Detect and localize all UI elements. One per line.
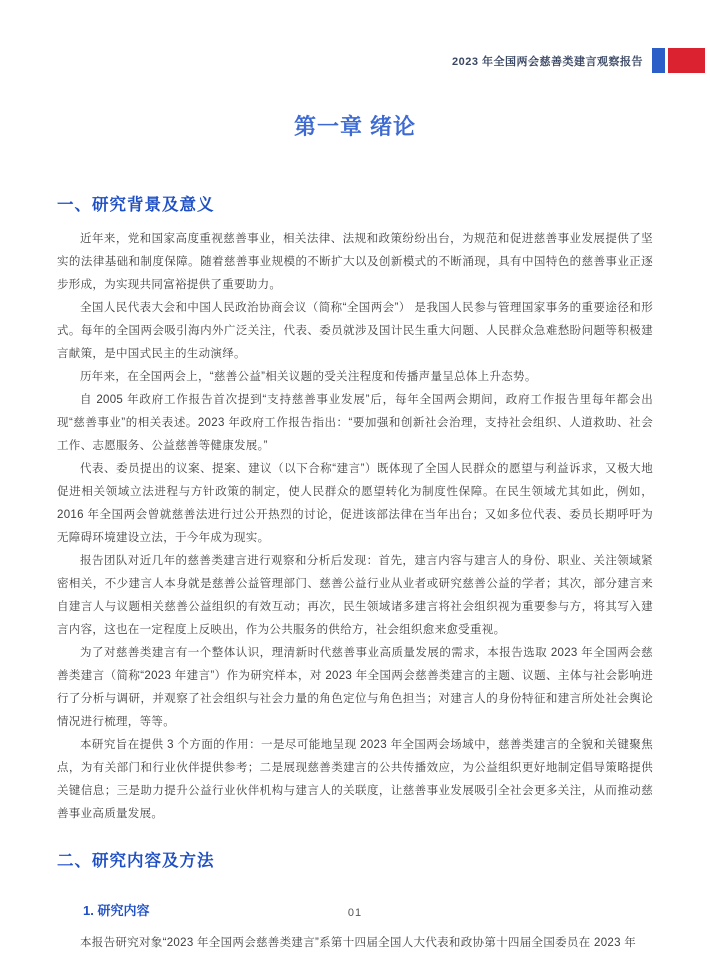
section-1-paragraph-8: 本研究旨在提供 3 个方面的作用：一是尽可能地呈现 2023 年全国两会场域中，… (57, 734, 653, 826)
section-2-heading: 二、研究内容及方法 (57, 847, 653, 871)
section-1-paragraph-5: 代表、委员提出的议案、提案、建议（以下合称“建言”）既体现了全国人民群众的愿望与… (57, 458, 653, 550)
section-research-background: 一、研究背景及意义 近年来，党和国家高度重视慈善事业，相关法律、法规和政策纷纷出… (57, 191, 653, 826)
report-page: 2023 年全国两会慈善类建言观察报告 第一章 绪论 一、研究背景及意义 近年来… (0, 0, 710, 955)
section-1-paragraph-4: 自 2005 年政府工作报告首次提到“支持慈善事业发展”后，每年全国两会期间，政… (57, 389, 653, 458)
page-header: 2023 年全国两会慈善类建言观察报告 (0, 48, 710, 73)
section-1-paragraph-1: 近年来，党和国家高度重视慈善事业，相关法律、法规和政策纷纷出台，为规范和促进慈善… (57, 228, 653, 297)
header-accent-red-block (668, 48, 705, 73)
header-accent-blue-block (652, 48, 665, 73)
running-header-title: 2023 年全国两会慈善类建言观察报告 (452, 53, 643, 69)
section-1-paragraph-3: 历年来，在全国两会上，“慈善公益”相关议题的受关注程度和传播声量呈总体上升态势。 (57, 366, 653, 389)
section-1-paragraph-6: 报告团队对近几年的慈善类建言进行观察和分析后发现：首先，建言内容与建言人的身份、… (57, 550, 653, 642)
page-content: 一、研究背景及意义 近年来，党和国家高度重视慈善事业，相关法律、法规和政策纷纷出… (0, 191, 710, 955)
page-footer: 01 (0, 903, 710, 921)
page-number: 01 (348, 907, 362, 919)
section-2-paragraph-1: 本报告研究对象“2023 年全国两会慈善类建言”系第十四届全国人大代表和政协第十… (57, 932, 653, 955)
section-research-content-methods: 二、研究内容及方法 1. 研究内容 本报告研究对象“2023 年全国两会慈善类建… (57, 847, 653, 955)
section-1-paragraph-7: 为了对慈善类建言有一个整体认识，理清新时代慈善事业高质量发展的需求，本报告选取 … (57, 642, 653, 734)
section-1-heading: 一、研究背景及意义 (57, 191, 653, 215)
section-1-paragraph-2: 全国人民代表大会和中国人民政治协商会议（简称“全国两会”） 是我国人民参与管理国… (57, 297, 653, 366)
